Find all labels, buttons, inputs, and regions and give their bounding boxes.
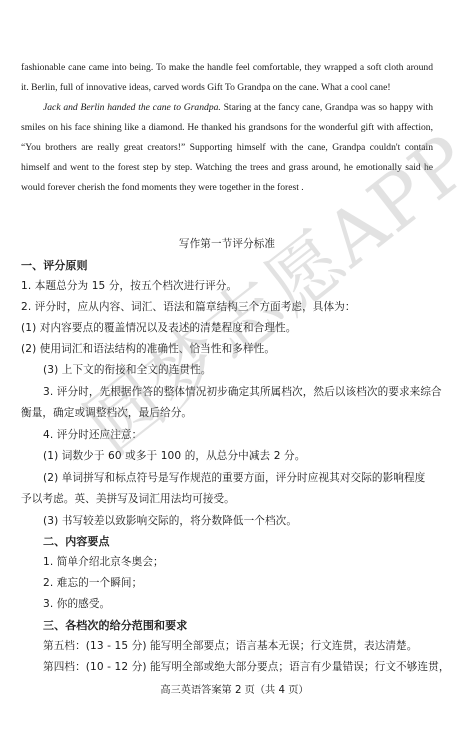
story-paragraph-2: Jack and Berlin handed the cane to Grand… [21, 98, 433, 198]
rubric-line: (3) 书写较差以致影响交际的，将分数降低一个档次。 [43, 513, 297, 528]
rubric-line: 予以考虑。英、美拼写及词汇用法均可接受。 [21, 491, 235, 506]
section3-heading: 三、各档次的给分范围和要求 [43, 617, 187, 633]
rubric-line: (1) 词数少于 60 或多于 100 的，从总分中减去 2 分。 [43, 448, 305, 463]
rubric-line: 2. 评分时，应从内容、词汇、语法和篇章结构三个方面考虑，具体为： [21, 299, 356, 314]
rubric-line: (1) 对内容要点的覆盖情况以及表述的清楚程度和合理性。 [21, 320, 296, 335]
story-continuation: fashionable cane came into being. To mak… [21, 58, 433, 198]
rubric-line: 第四档：(10 - 12 分) 能写明全部或绝大部分要点；语言有少量错误；行文不… [43, 659, 450, 674]
rubric-line: 3. 评分时，先根据作答的整体情况初步确定其所属档次，然后以该档次的要求来综合 [43, 384, 442, 399]
rubric-line: 1. 本题总分为 15 分，按五个档次进行评分。 [21, 278, 237, 293]
rubric-line: (2) 单词拼写和标点符号是写作规范的重要方面，评分时应视其对交际的影响程度 [43, 470, 425, 485]
story-paragraph-2-italic: Jack and Berlin handed the cane to Grand… [43, 102, 221, 113]
document-page: fashionable cane came into being. To mak… [0, 0, 469, 737]
rubric-line: 1. 简单介绍北京冬奥会； [43, 554, 164, 569]
rubric-line: (3) 上下文的衔接和全文的连贯性。 [43, 362, 212, 377]
rubric-line: 衡量，确定或调整档次，最后给分。 [21, 405, 192, 420]
section1-heading: 一、评分原则 [21, 257, 88, 273]
rubric-line: (2) 使用词汇和语法结构的准确性、恰当性和多样性。 [21, 341, 275, 356]
story-paragraph-2-text: Staring at the fancy cane, Grandpa was s… [21, 102, 433, 193]
rubric-line: 4. 评分时还应注意： [43, 427, 142, 442]
rubric-line: 2. 难忘的一个瞬间； [43, 575, 142, 590]
story-paragraph-1: fashionable cane came into being. To mak… [21, 58, 433, 98]
rubric-line: 3. 你的感受。 [43, 596, 110, 611]
section2-heading: 二、内容要点 [43, 533, 110, 549]
rubric-title: 写作第一节评分标准 [21, 236, 433, 251]
page-footer: 高三英语答案第 2 页（共 4 页） [0, 681, 469, 696]
rubric-line: 第五档：(13 - 15 分) 能写明全部要点；语言基本无误；行文连贯，表达清楚… [43, 638, 417, 653]
